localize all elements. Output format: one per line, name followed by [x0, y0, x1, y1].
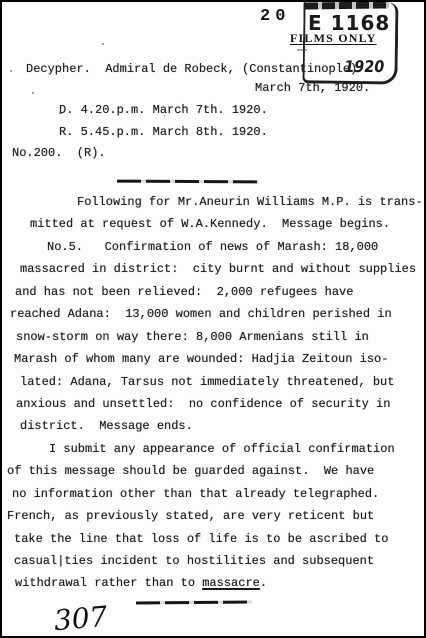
body-line: casual|ties incident to hostilities and … — [14, 550, 424, 572]
body-line: district. Message ends. — [20, 415, 424, 437]
body-line: Marash of whom many are wounded: Hadjia … — [14, 348, 424, 370]
films-only-stamp: FILMS ONLY — [290, 31, 377, 46]
body-line: withdrawal rather than to massacre. — [15, 572, 424, 594]
date-line: March 7th, 1920. — [255, 81, 370, 96]
body-line: of this message should be guarded agains… — [7, 460, 424, 482]
body-line: I submit any appearance of official conf… — [49, 438, 424, 460]
body-line: French, as previously stated, are very r… — [7, 505, 424, 527]
decypher-line: Decypher. Admiral de Robeck, (Constantin… — [26, 62, 357, 77]
separator-rule — [117, 180, 259, 184]
body-line: mitted at request of W.A.Kennedy. Messag… — [30, 213, 424, 235]
body-text: Following for Mr.Aneurin Williams M.P. i… — [2, 191, 424, 595]
separator-rule-bottom — [136, 600, 252, 604]
page-number-annotation: 20 — [260, 7, 290, 26]
underlined-word: massacre — [202, 576, 260, 590]
body-line: anxious and unsettled: no confidence of … — [16, 393, 424, 415]
body-line: massacred in district: city burnt and wi… — [20, 258, 424, 280]
body-line: lated: Adana, Tarsus not immediately thr… — [20, 371, 424, 393]
received-line: R. 5.45.p.m. March 8th. 1920. — [59, 125, 268, 140]
body-line: no information other than that already t… — [12, 483, 424, 505]
body-line: and has not been relieved: 2,000 refugee… — [15, 281, 424, 303]
body-line: snow-storm on way there: 8,000 Armenians… — [16, 326, 424, 348]
body-line: take the line that loss of life is to be… — [14, 528, 424, 550]
document-page: 20 E 1168 FILMS ONLY 1920 Decypher. Admi… — [0, 0, 426, 638]
body-line: reached Adana: 13,000 women and children… — [10, 303, 424, 325]
telegram-number-line: No.200. (R). — [12, 146, 106, 161]
folio-number: 307 — [53, 600, 109, 638]
body-line: No.5. Confirmation of news of Marash: 18… — [47, 236, 424, 258]
body-line: Following for Mr.Aneurin Williams M.P. i… — [77, 191, 424, 213]
